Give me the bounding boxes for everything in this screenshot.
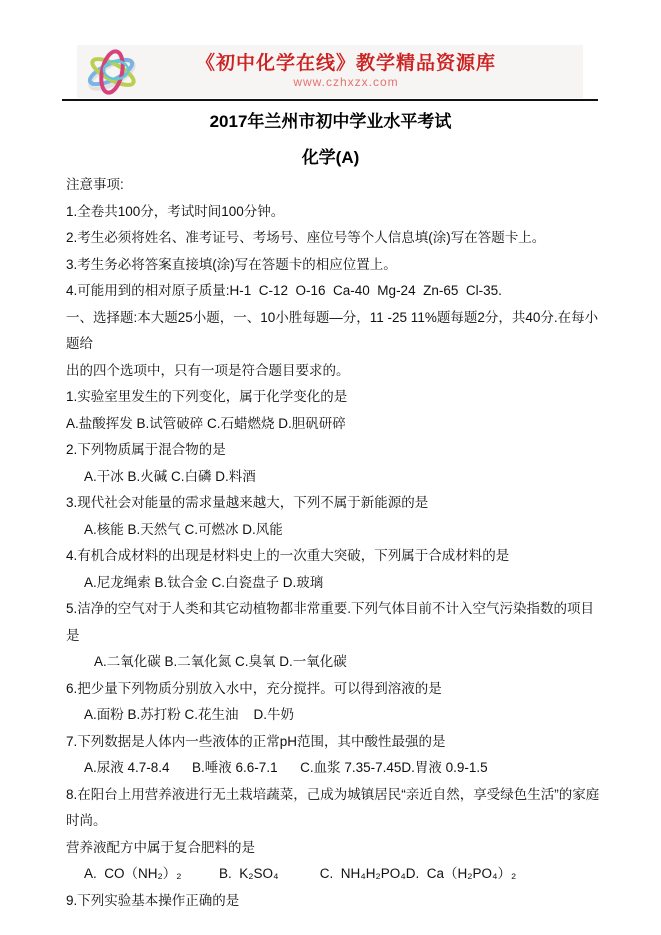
exam-page: 《初中化学在线》教学精品资源库 www.czhxzx.com 2017年兰州市初… bbox=[0, 0, 661, 935]
text-line: A.干冰 B.火碱 C.白磷 D.料酒 bbox=[66, 464, 602, 491]
text-line: 3.考生务必将答案直接填(涂)写在答题卡的相应位置上。 bbox=[66, 252, 602, 279]
text-line: 9.下列实验基本操作正确的是 bbox=[66, 888, 602, 915]
exam-subject-title: 化学(A) bbox=[0, 143, 661, 168]
text-line: 4.有机合成材料的出现是材料史上的一次重大突破，下列属于合成材料的是 bbox=[66, 543, 602, 570]
text-line: 一、选择题:本大题25小题，一、10小胜每题—分，11 -25 11%题每题2分… bbox=[66, 305, 602, 358]
text-line: 4.可能用到的相对原子质量:H-1 C-12 O-16 Ca-40 Mg-24 … bbox=[66, 278, 602, 305]
text-line: 7.下列数据是人体内一些液体的正常pH范围，其中酸性最强的是 bbox=[66, 729, 602, 756]
text-line: A.面粉 B.苏打粉 C.花生油 D.牛奶 bbox=[66, 702, 602, 729]
text-line: 2.下列物质属于混合物的是 bbox=[66, 437, 602, 464]
text-line: A.核能 B.天然气 C.可燃冰 D.风能 bbox=[66, 517, 602, 544]
text-line: A.尼龙绳索 B.钛合金 C.白瓷盘子 D.玻璃 bbox=[66, 570, 602, 597]
site-header: 《初中化学在线》教学精品资源库 www.czhxzx.com bbox=[77, 45, 583, 98]
text-line: 8.在阳台上用营养液进行无土栽培蔬菜，己成为城镇居民“亲近自然，享受绿色生活”的… bbox=[66, 782, 602, 835]
header-divider bbox=[62, 99, 598, 101]
text-line: 6.把少量下列物质分别放入水中，充分搅拌。可以得到溶液的是 bbox=[66, 676, 602, 703]
header-text-block: 《初中化学在线》教学精品资源库 www.czhxzx.com bbox=[149, 53, 583, 90]
site-url-link[interactable]: www.czhxzx.com bbox=[149, 75, 543, 90]
site-title: 《初中化学在线》教学精品资源库 bbox=[149, 53, 543, 75]
text-line: A.盐酸挥发 B.试管破碎 C.石蜡燃烧 D.胆矾研碎 bbox=[66, 411, 602, 438]
text-line: 5.洁净的空气对于人类和其它动植物都非常重要.下列气体目前不计入空气污染指数的项… bbox=[66, 596, 602, 649]
text-line: 营养液配方中属于复合肥料的是 bbox=[66, 835, 602, 862]
text-line: 1.全卷共100分，考试时间100分钟。 bbox=[66, 199, 602, 226]
text-line: 出的四个选项中，只有一项是符合题目要求的。 bbox=[66, 358, 602, 385]
exam-title: 2017年兰州市初中学业水平考试 bbox=[0, 107, 661, 132]
text-line: A.尿液 4.7-8.4 B.唾液 6.6-7.1 C.血浆 7.35-7.45… bbox=[66, 755, 602, 782]
text-line: A. CO（NH₂）₂ B. K₂SO₄ C. NH₄H₂PO₄D. Ca（H₂… bbox=[66, 861, 602, 888]
exam-body: 注意事项:1.全卷共100分，考试时间100分钟。2.考生必须将姓名、准考证号、… bbox=[66, 172, 602, 914]
text-line: 2.考生必须将姓名、准考证号、考场号、座位号等个人信息填(涂)写在答题卡上。 bbox=[66, 225, 602, 252]
atom-logo-icon bbox=[77, 45, 149, 98]
text-line: 3.现代社会对能量的需求量越来越大，下列不属于新能源的是 bbox=[66, 490, 602, 517]
text-line: 注意事项: bbox=[66, 172, 602, 199]
text-line: 1.实验室里发生的下列变化，属于化学变化的是 bbox=[66, 384, 602, 411]
text-line: A.二氧化碳 B.二氧化氮 C.臭氧 D.一氧化碳 bbox=[66, 649, 602, 676]
